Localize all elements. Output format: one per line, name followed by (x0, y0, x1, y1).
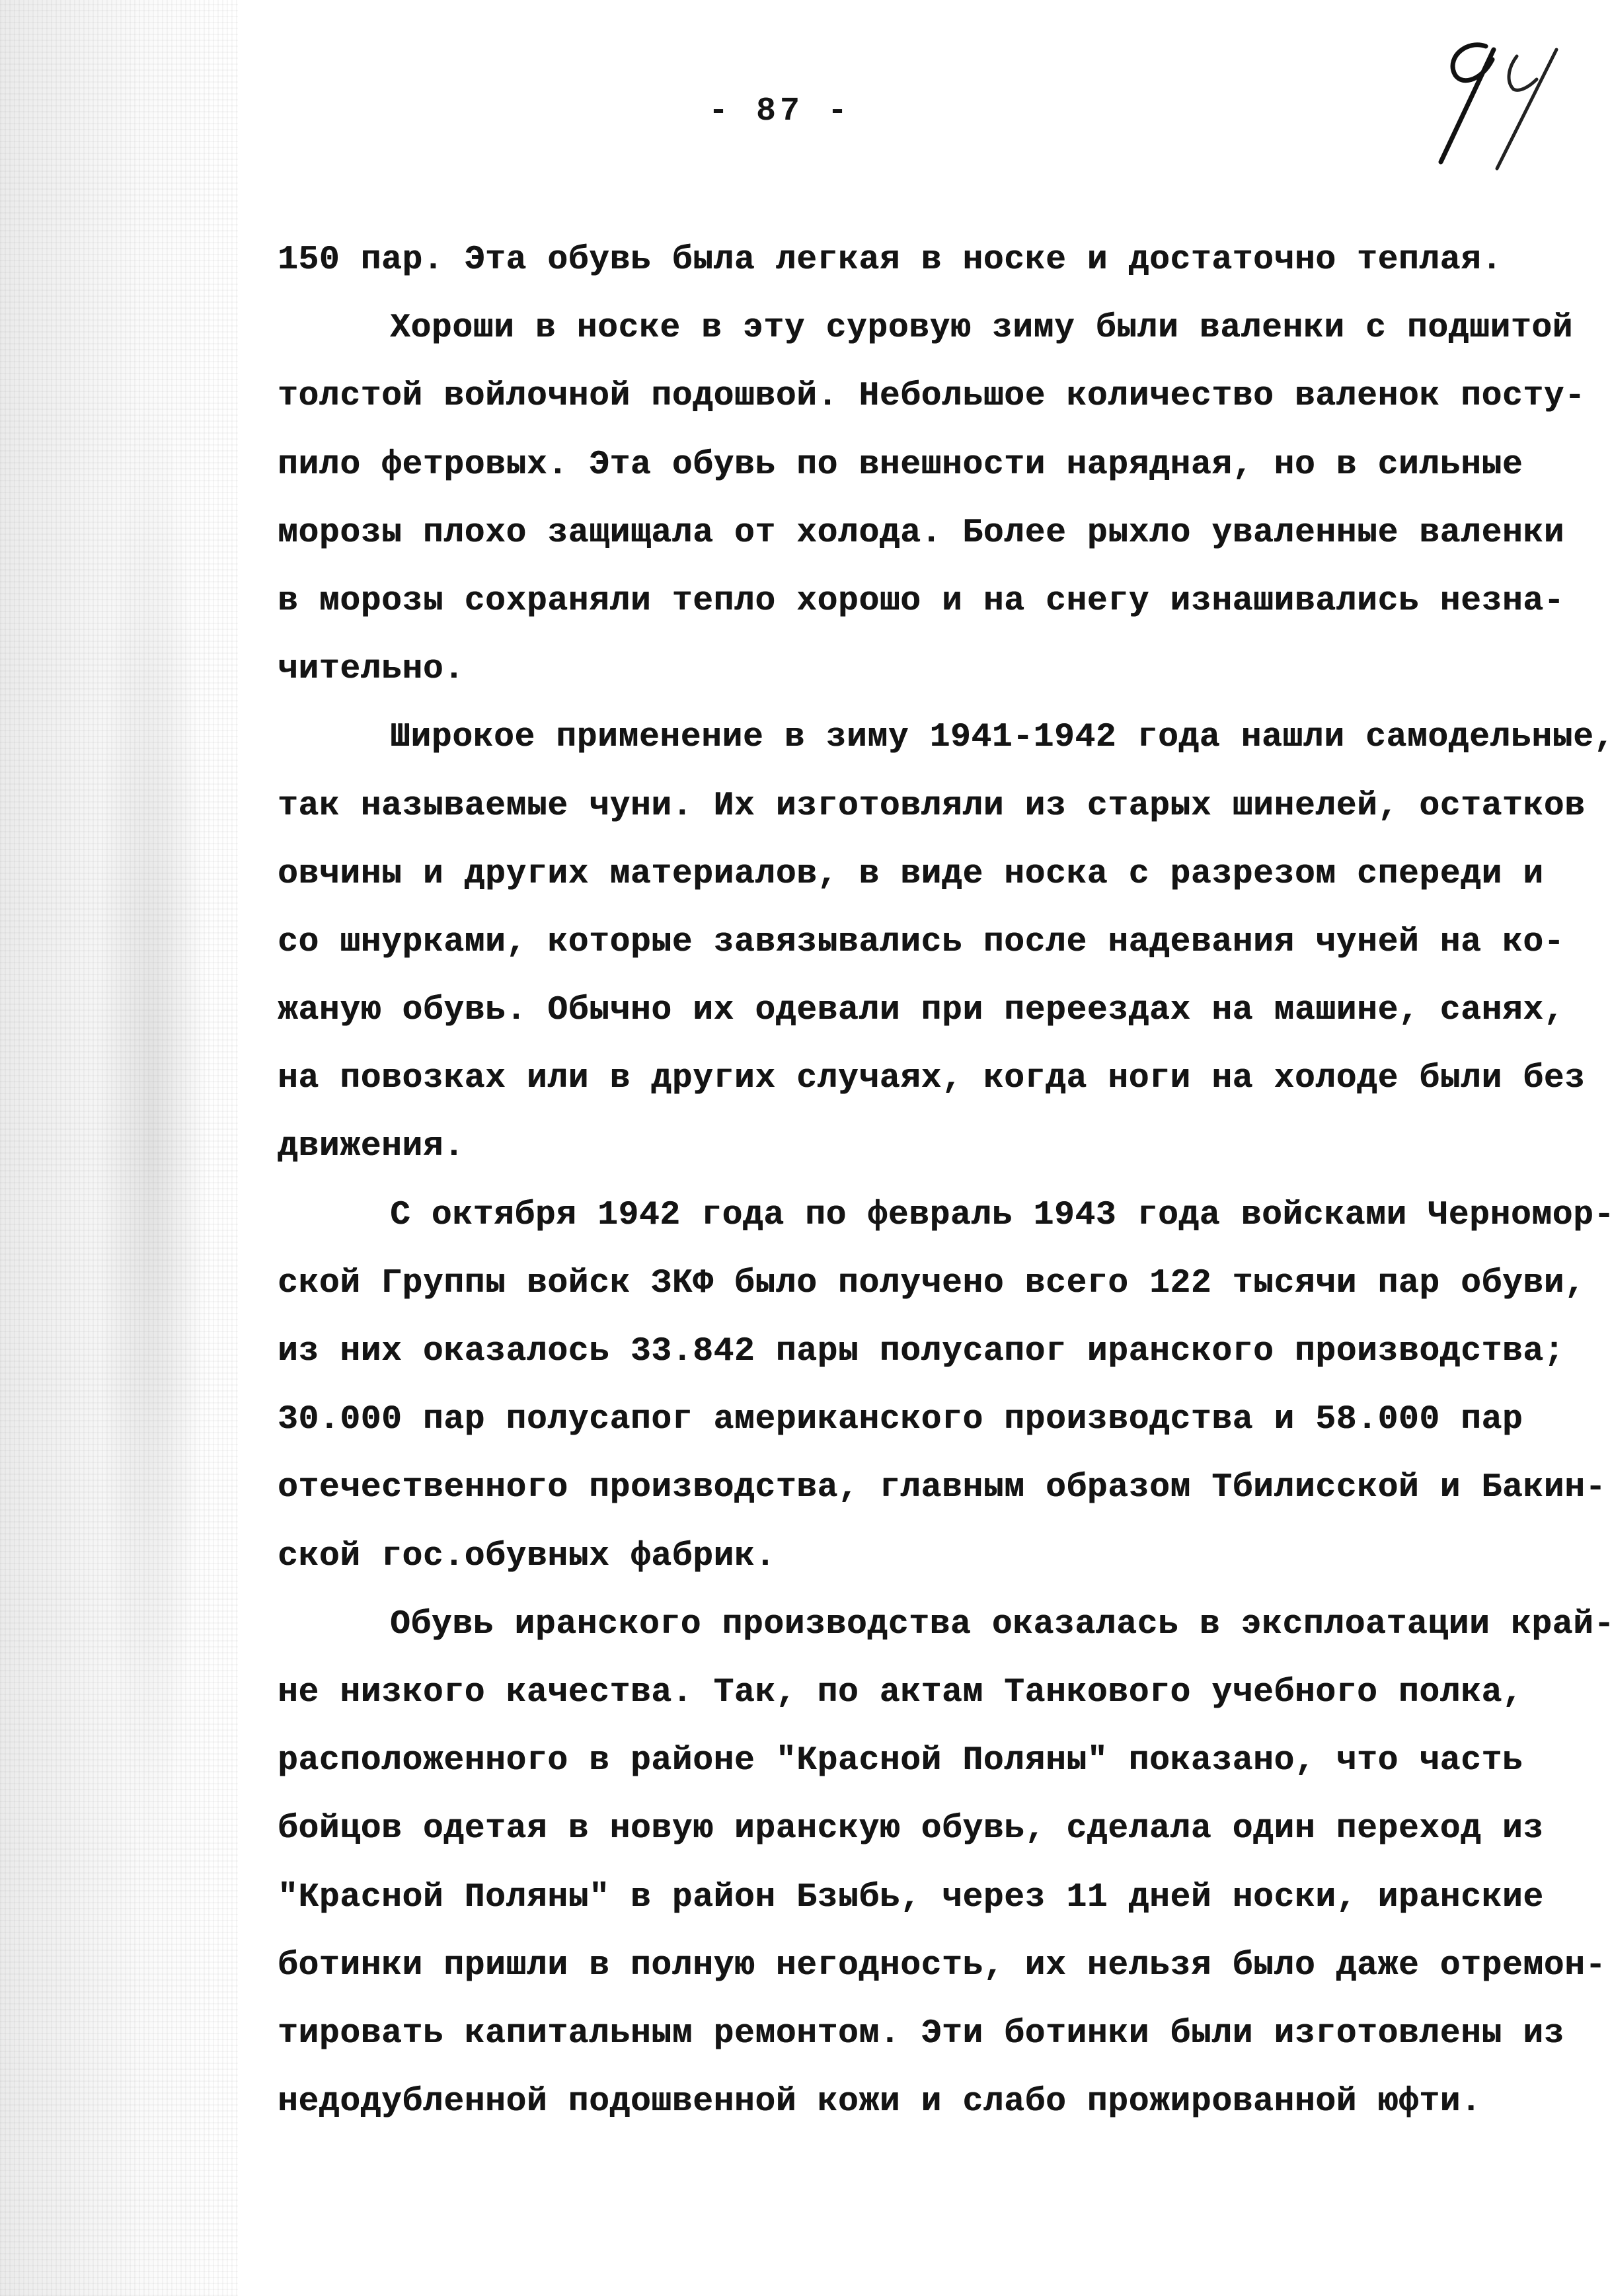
text-line: толстой войлочной подошвой. Небольшое ко… (278, 369, 1553, 437)
scan-edge-noise (0, 0, 238, 2296)
text-line: расположенного в районе "Красной Поляны"… (278, 1733, 1553, 1801)
page-number: - 87 - (701, 93, 859, 130)
text-line: С октября 1942 года по февраль 1943 года… (278, 1188, 1553, 1256)
text-line: пило фетровых. Эта обувь по внешности на… (278, 438, 1553, 506)
text-line: "Красной Поляны" в район Бзыбь, через 11… (278, 1870, 1553, 1938)
text-line: движения. (278, 1119, 1553, 1187)
text-line: не низкого качества. Так, по актам Танко… (278, 1665, 1553, 1733)
text-line: Обувь иранского производства оказалась в… (278, 1597, 1553, 1665)
text-line: из них оказалось 33.842 пары полусапог и… (278, 1324, 1553, 1392)
text-line: тировать капитальным ремонтом. Эти ботин… (278, 2006, 1553, 2075)
text-line: овчины и других материалов, в виде носка… (278, 847, 1553, 915)
folio-ink-mark (1408, 20, 1580, 172)
handwritten-folio-number: 94 (1408, 20, 1580, 172)
text-line: бойцов одетая в новую иранскую обувь, сд… (278, 1801, 1553, 1870)
text-line: 150 пар. Эта обувь была легкая в носке и… (278, 233, 1553, 301)
text-line: ской гос.обувных фабрик. (278, 1529, 1553, 1597)
text-line: ской Группы войск ЗКФ было получено всег… (278, 1256, 1553, 1324)
text-line: Широкое применение в зиму 1941-1942 года… (278, 710, 1553, 778)
text-line: 30.000 пар полусапог американского произ… (278, 1392, 1553, 1460)
text-line: чительно. (278, 642, 1553, 710)
text-line: в морозы сохраняли тепло хорошо и на сне… (278, 574, 1553, 642)
text-line: жаную обувь. Обычно их одевали при перее… (278, 983, 1553, 1051)
text-line: морозы плохо защищала от холода. Более р… (278, 506, 1553, 574)
text-line: недодубленной подошвенной кожи и слабо п… (278, 2075, 1553, 2143)
text-line: со шнурками, которые завязывались после … (278, 915, 1553, 983)
typewritten-body: 150 пар. Эта обувь была легкая в носке и… (278, 233, 1553, 2143)
text-line: Хороши в носке в эту суровую зиму были в… (278, 301, 1553, 369)
text-line: на повозках или в других случаях, когда … (278, 1051, 1553, 1119)
text-line: ботинки пришли в полную негодность, их н… (278, 1938, 1553, 2006)
text-line: отечественного производства, главным обр… (278, 1460, 1553, 1528)
text-line: так называемые чуни. Их изготовляли из с… (278, 779, 1553, 847)
